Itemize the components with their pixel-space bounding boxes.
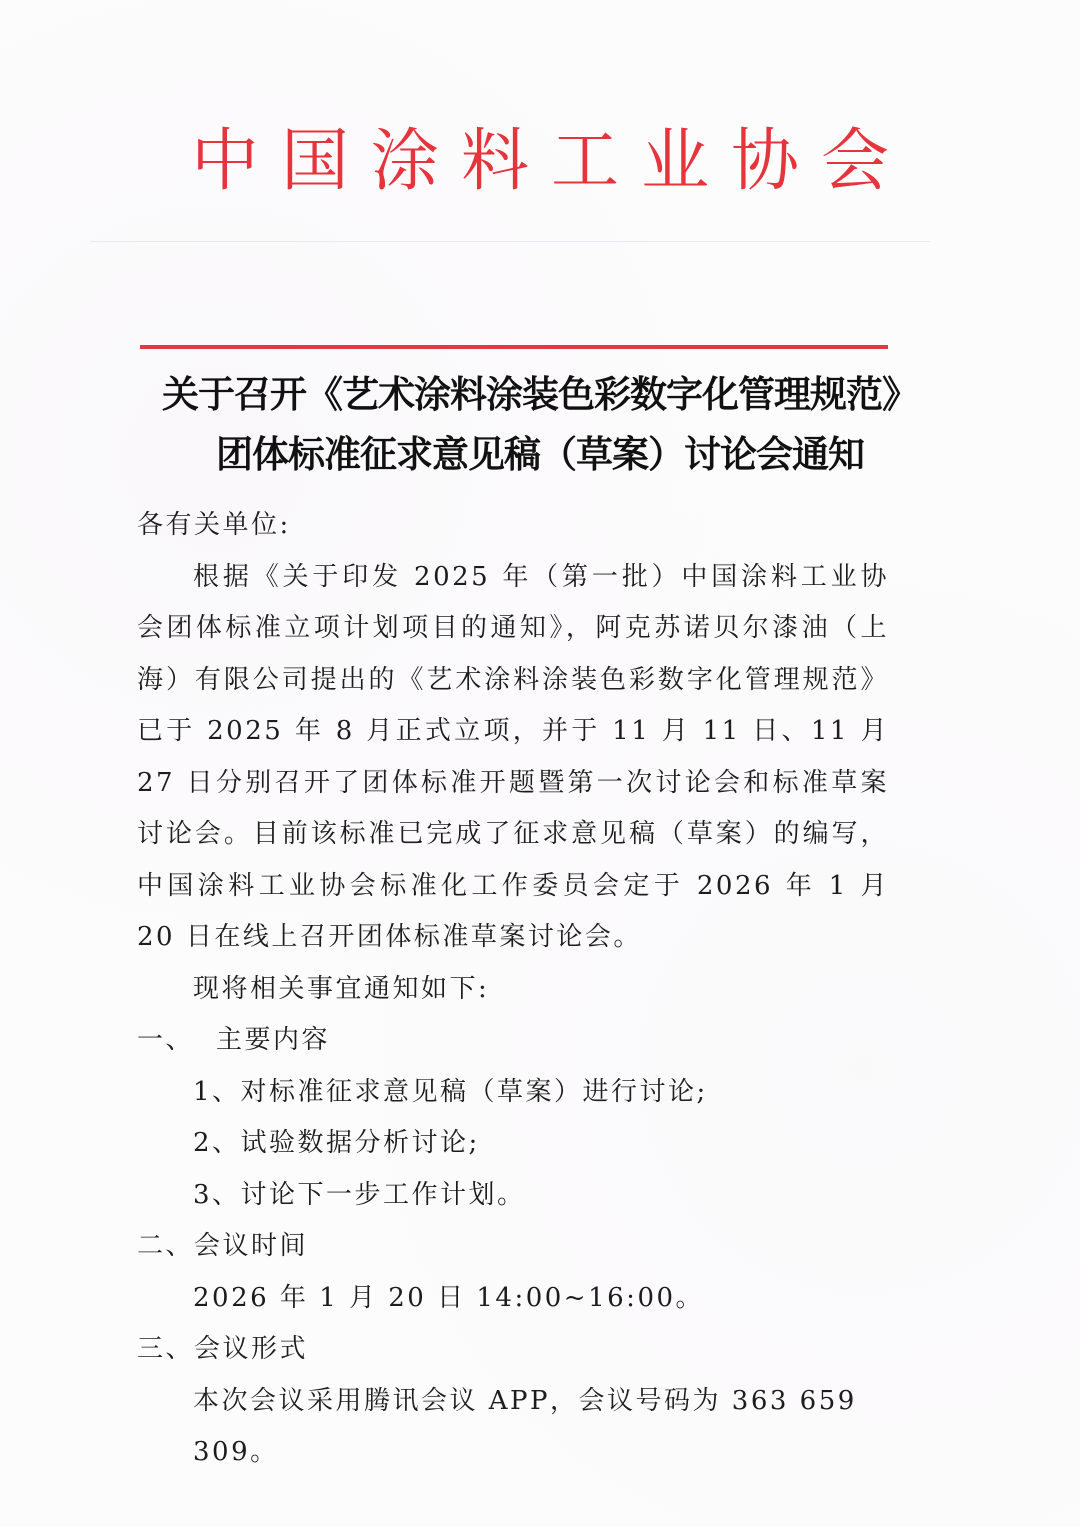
notice-body: 各有关单位: 根据《关于印发 2025 年（第一批）中国涂料工业协会团体标准立项…: [137, 500, 889, 1479]
title-line-1: 关于召开《艺术涂料涂装色彩数字化管理规范》: [162, 372, 918, 416]
section-title: 会议时间: [194, 1231, 308, 1261]
title-line-2: 团体标准征求意见稿（草案）讨论会通知: [100, 424, 980, 484]
section-title: 会议形式: [194, 1334, 308, 1364]
list-item: 1、对标准征求意见稿（草案）进行讨论;: [137, 1067, 889, 1119]
intro-paragraph: 根据《关于印发 2025 年（第一批）中国涂料工业协会团体标准立项计划项目的通知…: [137, 552, 889, 964]
section-number: 三、: [137, 1324, 194, 1376]
document-page: 中国涂料工业协会 关于召开《艺术涂料涂装色彩数字化管理规范》 团体标准征求意见稿…: [0, 0, 1080, 1527]
section-number: 一、: [137, 1015, 194, 1067]
list-item: 3、讨论下一步工作计划。: [137, 1170, 889, 1222]
section-heading-1: 一、主要内容: [137, 1015, 889, 1067]
meeting-time: 2026 年 1 月 20 日 14:00~16:00。: [137, 1273, 889, 1325]
notice-title: 关于召开《艺术涂料涂装色彩数字化管理规范》 团体标准征求意见稿（草案）讨论会通知: [100, 364, 980, 484]
section-number: 二、: [137, 1221, 194, 1273]
list-item: 2、试验数据分析讨论;: [137, 1118, 889, 1170]
section-heading-3: 三、会议形式: [137, 1324, 889, 1376]
section-title: 主要内容: [216, 1025, 330, 1055]
org-masthead: 中国涂料工业协会: [0, 128, 1080, 196]
salutation: 各有关单位:: [137, 500, 889, 552]
meeting-format: 本次会议采用腾讯会议 APP，会议号码为 363 659 309。: [137, 1376, 889, 1479]
red-divider-rule: [140, 345, 888, 349]
section-heading-2: 二、会议时间: [137, 1221, 889, 1273]
lead-in: 现将相关事宜通知如下:: [137, 964, 889, 1016]
scan-artifact-line: [90, 241, 930, 242]
